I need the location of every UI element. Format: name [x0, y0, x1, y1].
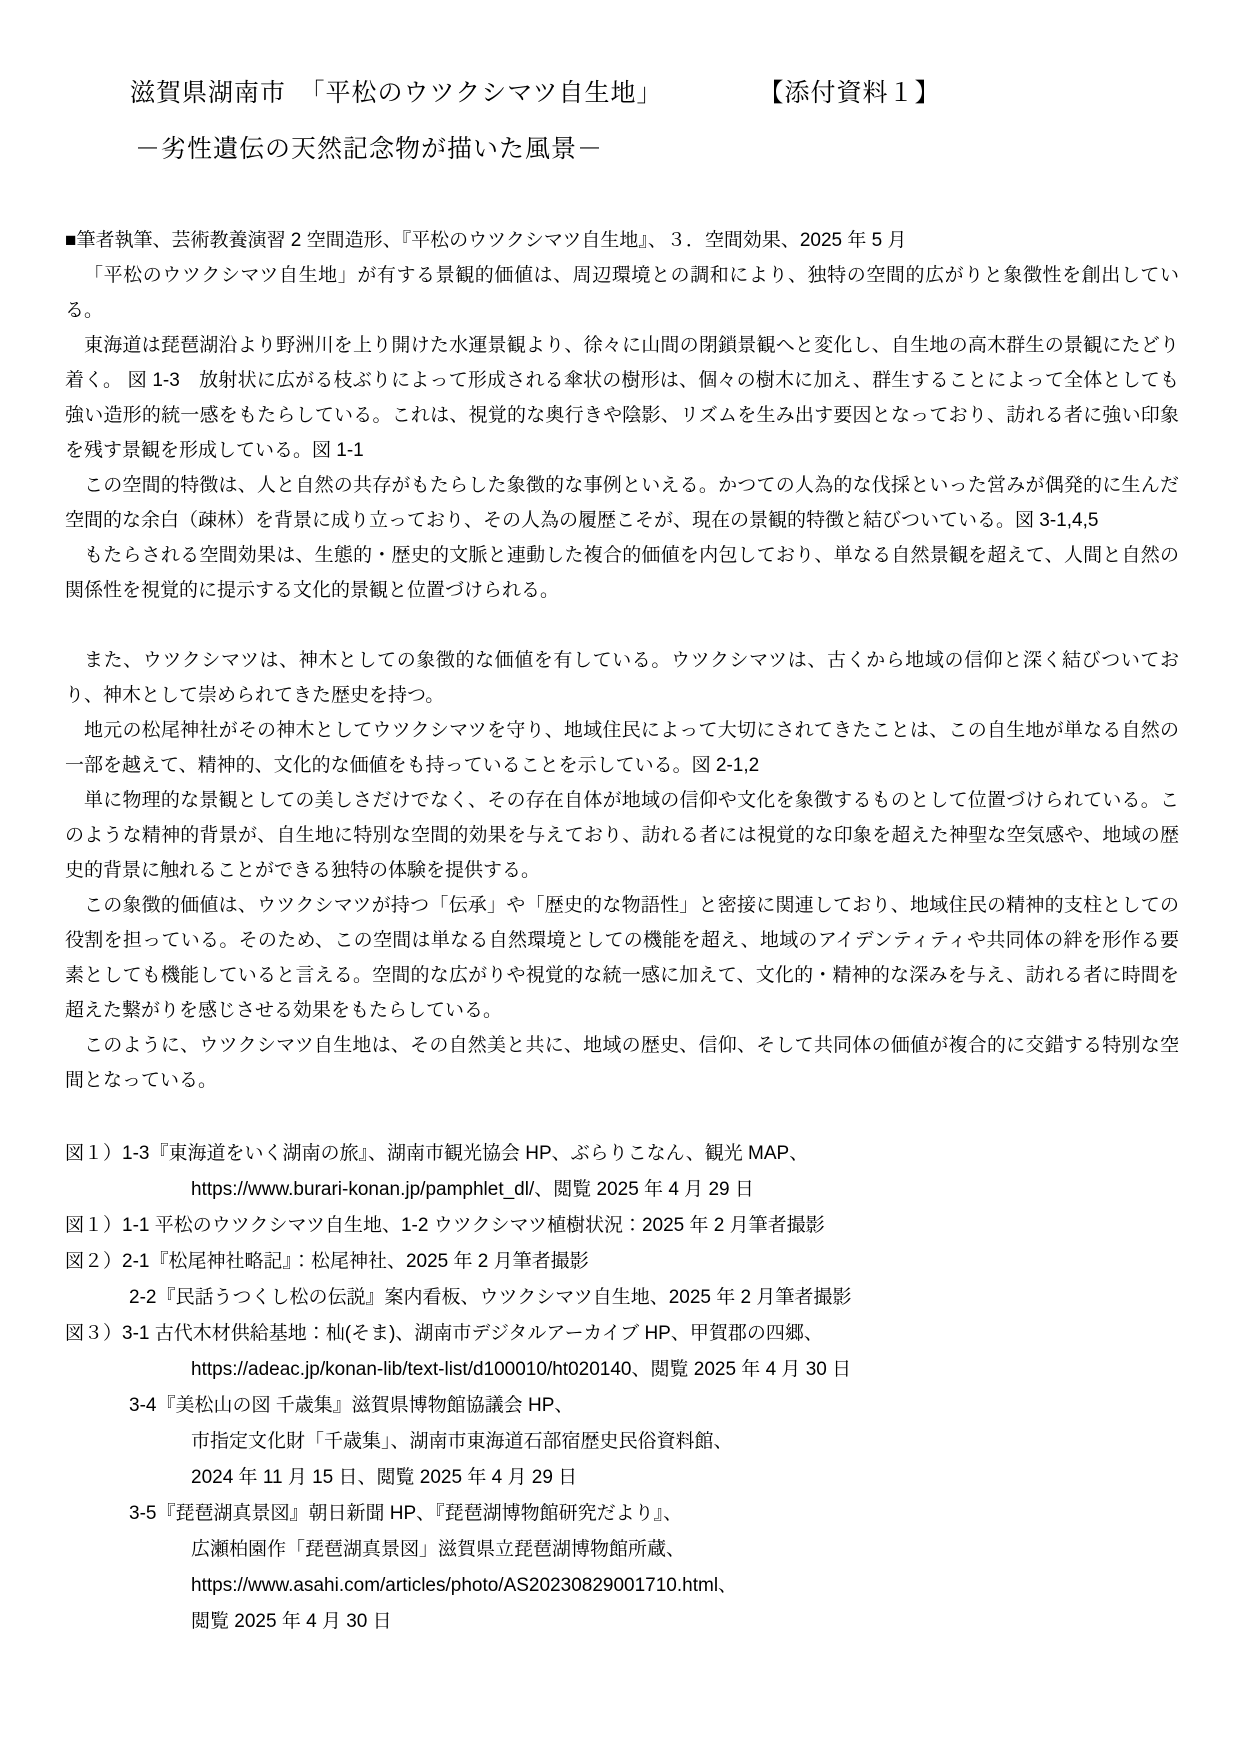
figure-reference-line: 図２）2-1『松尾神社略記』：松尾神社、2025 年 2 月筆者撮影 [65, 1244, 1179, 1280]
figure-reference-line: 3-4『美松山の図 千歳集』滋賀県博物館協議会 HP、 [65, 1388, 1179, 1424]
body-paragraph: 地元の松尾神社がその神木としてウツクシマツを守り、地域住民によって大切にされてき… [65, 713, 1179, 783]
figure-reference-line: 広瀬柏園作「琵琶湖真景図」滋賀県立琵琶湖博物館所蔵、 [65, 1532, 1179, 1568]
document-header: 滋賀県湖南市 「平松のウツクシマツ自生地」 【添付資料１】 －劣性遺伝の天然記念… [65, 76, 1179, 167]
page-title: 滋賀県湖南市 「平松のウツクシマツ自生地」 [130, 76, 663, 111]
figure-reference-line: 図１）1-3『東海道をいく湖南の旅』、湖南市観光協会 HP、ぶらりこなん、観光 … [65, 1136, 1179, 1172]
figure-reference-line: 2024 年 11 月 15 日、閲覧 2025 年 4 月 29 日 [65, 1460, 1179, 1496]
figure-reference-line: 図３）3-1 古代木材供給基地：杣(そま)、湖南市デジタルアーカイブ HP、甲賀… [65, 1316, 1179, 1352]
page-subtitle: －劣性遺伝の天然記念物が描いた風景－ [135, 132, 1179, 167]
body-paragraph: このように、ウツクシマツ自生地は、その自然美と共に、地域の歴史、信仰、そして共同… [65, 1028, 1179, 1098]
figure-reference-line: https://adeac.jp/konan-lib/text-list/d10… [65, 1352, 1179, 1388]
body-paragraph: また、ウツクシマツは、神木としての象徴的な価値を有している。ウツクシマツは、古く… [65, 643, 1179, 713]
figure-reference-line: https://www.asahi.com/articles/photo/AS2… [65, 1568, 1179, 1604]
document-body: ■筆者執筆、芸術教養演習 2 空間造形、『平松のウツクシマツ自生地』、３．空間効… [65, 223, 1179, 1098]
body-paragraph: もたらされる空間効果は、生態的・歴史的文脈と連動した複合的価値を内包しており、単… [65, 538, 1179, 608]
figure-reference-line: 3-5『琵琶湖真景図』朝日新聞 HP、『琵琶湖博物館研究だより』、 [65, 1496, 1179, 1532]
figure-reference-line: https://www.burari-konan.jp/pamphlet_dl/… [65, 1172, 1179, 1208]
attachment-label: 【添付資料１】 [759, 76, 941, 111]
body-paragraph: 単に物理的な景観としての美しさだけでなく、その存在自体が地域の信仰や文化を象徴す… [65, 783, 1179, 888]
figure-reference-line: 閲覧 2025 年 4 月 30 日 [65, 1604, 1179, 1640]
body-paragraph: 「平松のウツクシマツ自生地」が有する景観的価値は、周辺環境との調和により、独特の… [65, 258, 1179, 328]
figure-reference-list: 図１）1-3『東海道をいく湖南の旅』、湖南市観光協会 HP、ぶらりこなん、観光 … [65, 1136, 1179, 1640]
body-paragraph: 東海道は琵琶湖沿より野洲川を上り開けた水運景観より、徐々に山間の閉鎖景観へと変化… [65, 328, 1179, 468]
blank-line [65, 608, 1179, 643]
figure-reference-line: 図１）1-1 平松のウツクシマツ自生地、1-2 ウツクシマツ植樹状況：2025 … [65, 1208, 1179, 1244]
title-row: 滋賀県湖南市 「平松のウツクシマツ自生地」 【添付資料１】 [130, 76, 1179, 111]
body-paragraph: この象徴的価値は、ウツクシマツが持つ「伝承」や「歴史的な物語性」と密接に関連して… [65, 888, 1179, 1028]
body-paragraph: この空間的特徴は、人と自然の共存がもたらした象徴的な事例といえる。かつての人為的… [65, 468, 1179, 538]
figure-reference-line: 2-2『民話うつくし松の伝説』案内看板、ウツクシマツ自生地、2025 年 2 月… [65, 1280, 1179, 1316]
figure-reference-line: 市指定文化財「千歳集」、湖南市東海道石部宿歴史民俗資料館、 [65, 1424, 1179, 1460]
body-paragraph: ■筆者執筆、芸術教養演習 2 空間造形、『平松のウツクシマツ自生地』、３．空間効… [65, 223, 1179, 258]
document-page: 滋賀県湖南市 「平松のウツクシマツ自生地」 【添付資料１】 －劣性遺伝の天然記念… [0, 0, 1241, 1755]
